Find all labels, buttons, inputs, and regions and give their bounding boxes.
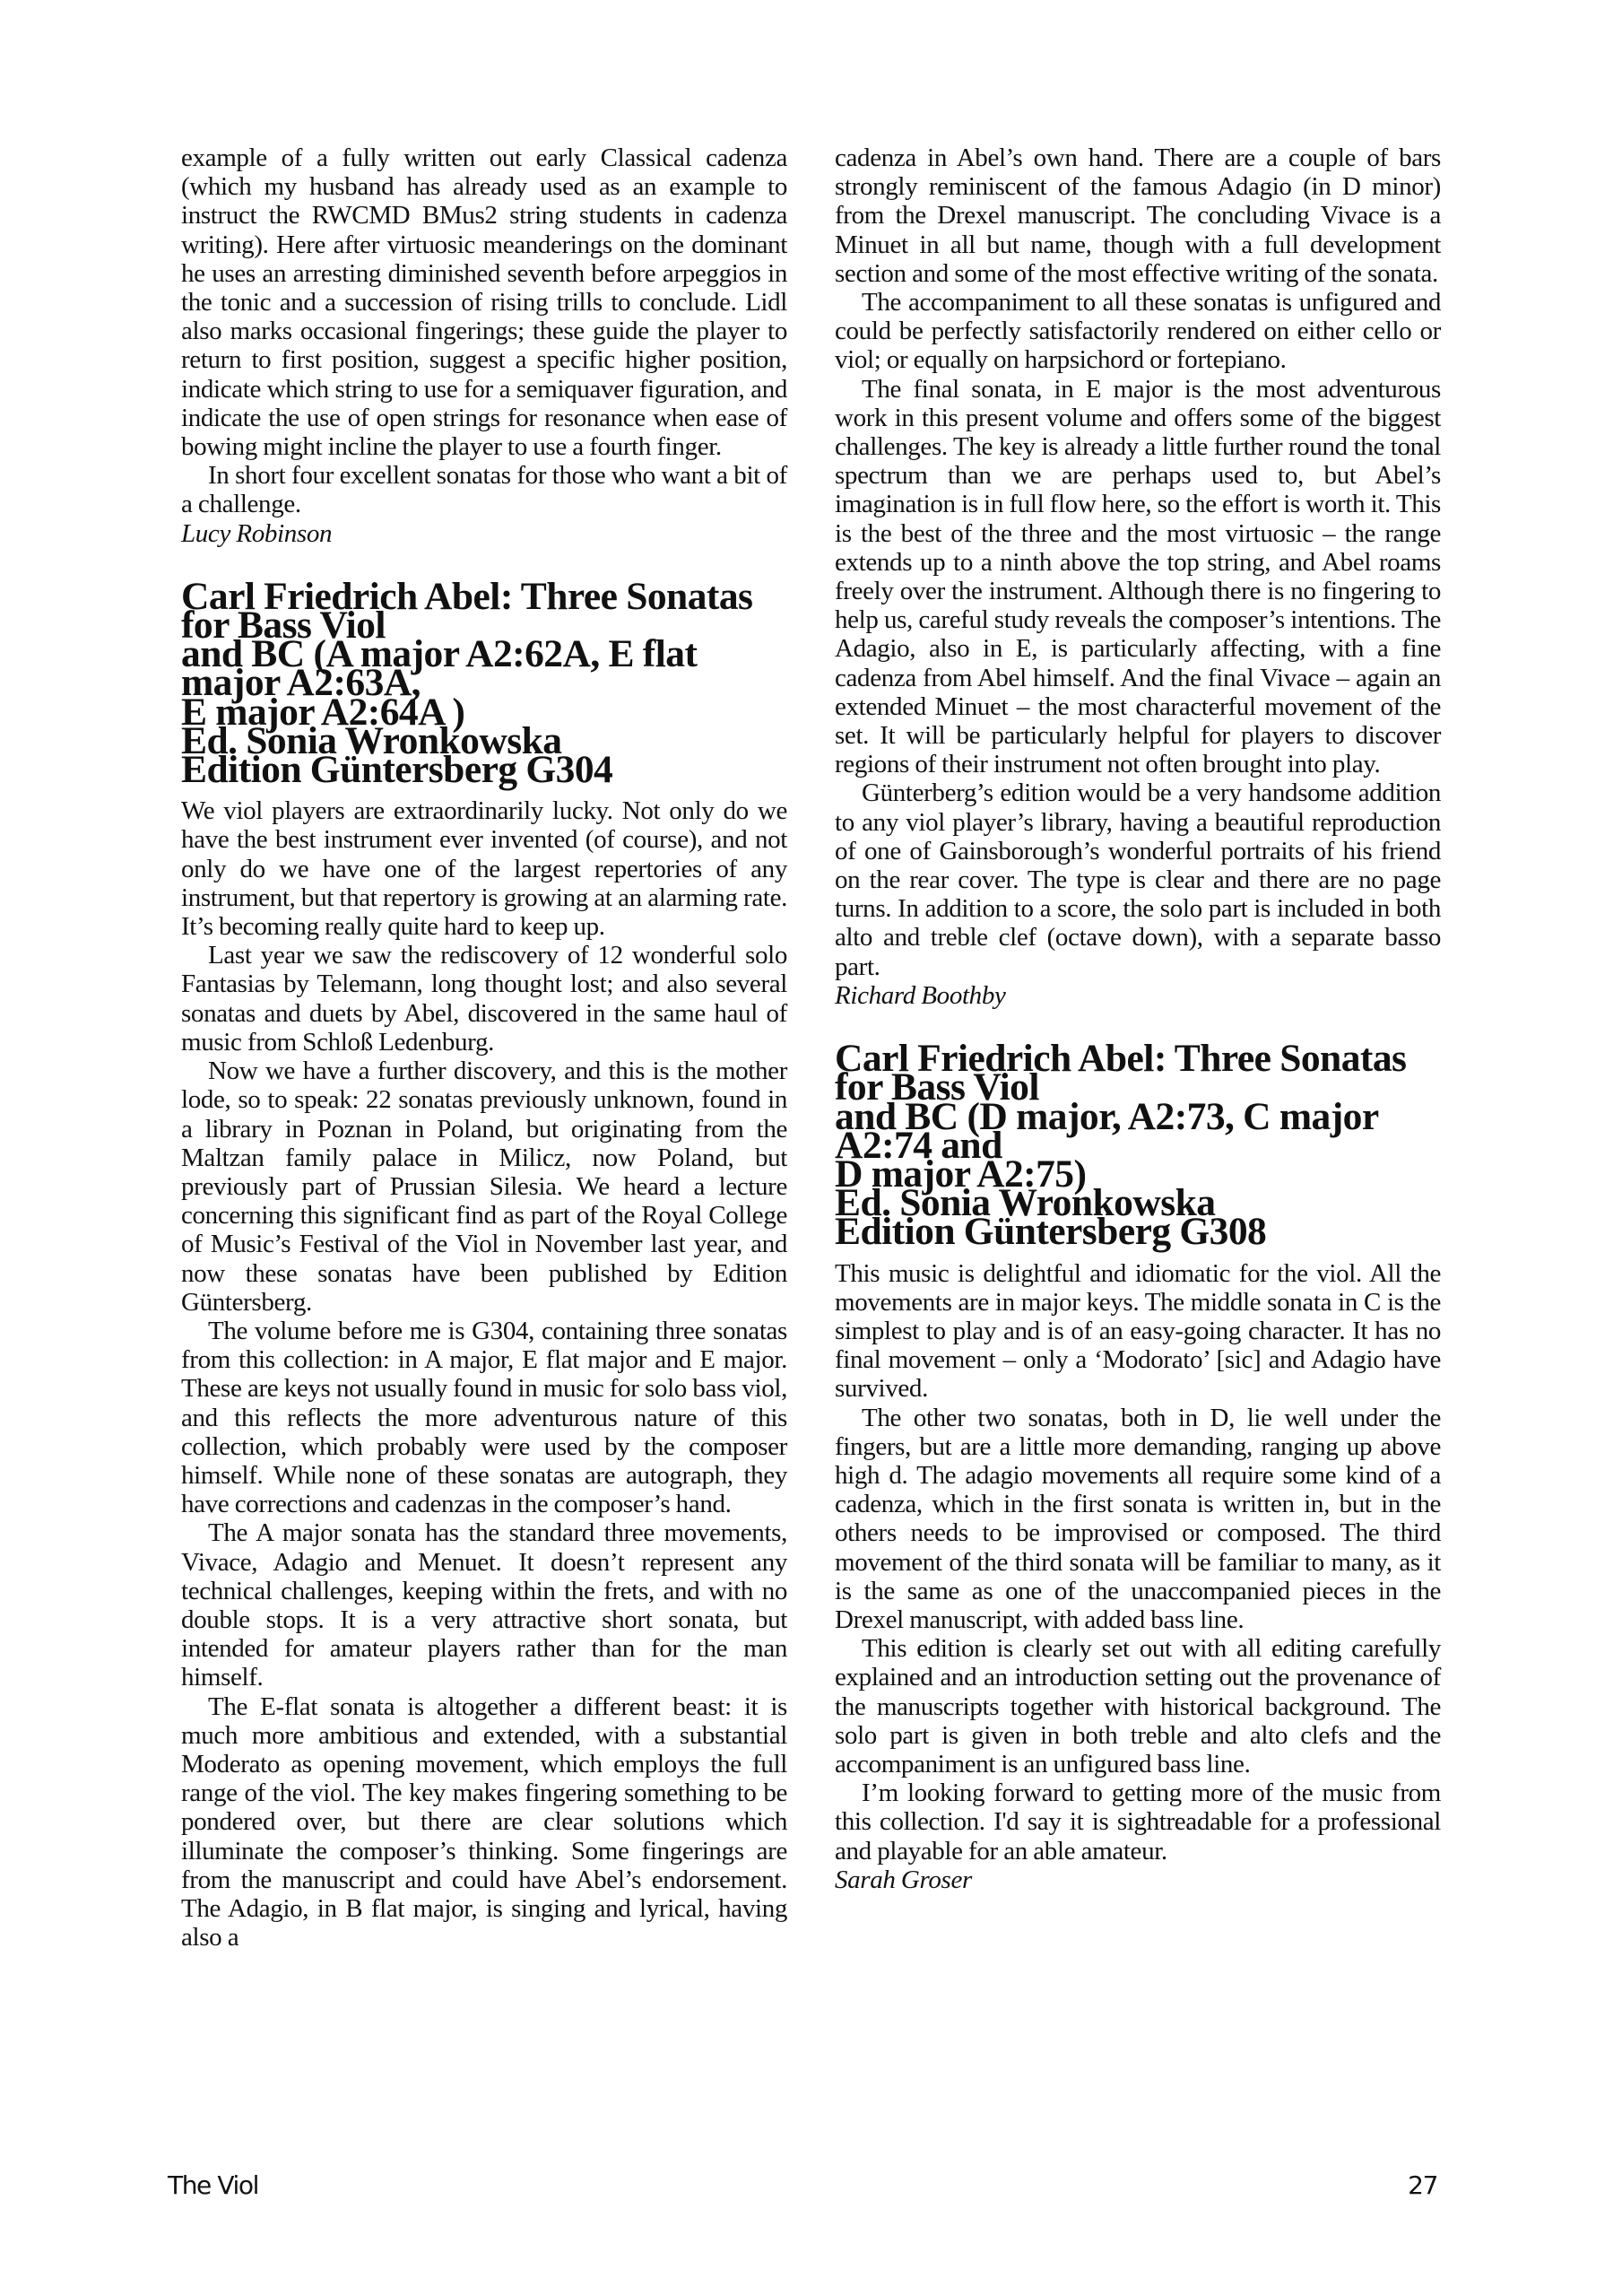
publisher-line: Edition Güntersberg G308 (835, 1210, 1266, 1253)
review-g308: Carl Friedrich Abel: Three Sonatas for B… (835, 1044, 1441, 1894)
review-heading: Carl Friedrich Abel: Three Sonatas for B… (181, 582, 787, 784)
reviewer-signature: Lucy Robinson (181, 519, 787, 548)
paragraph: The E-flat sonata is altogether a differ… (181, 1692, 787, 1952)
paragraph: The A major sonata has the standard thre… (181, 1518, 787, 1692)
paragraph: The other two sonatas, both in D, lie we… (835, 1404, 1441, 1635)
journal-name: The Viol (168, 2170, 258, 2200)
paragraph: This music is delightful and idiomatic f… (835, 1259, 1441, 1404)
publisher-line: Edition Güntersberg G304 (181, 748, 612, 791)
paragraph: Last year we saw the rediscovery of 12 w… (181, 941, 787, 1057)
review-g304-continued: cadenza in Abel’s own hand. There are a … (835, 143, 1441, 1010)
paragraph: We viol players are extraordinarily luck… (181, 796, 787, 941)
paragraph: I’m looking forward to getting more of t… (835, 1779, 1441, 1865)
paragraph: The accompaniment to all these sonatas i… (835, 288, 1441, 375)
review-heading: Carl Friedrich Abel: Three Sonatas for B… (835, 1044, 1441, 1246)
page-footer: The Viol 27 (168, 2170, 1437, 2206)
paragraph: example of a fully written out early Cla… (181, 143, 787, 461)
right-column: cadenza in Abel’s own hand. There are a … (835, 143, 1441, 1894)
paragraph: The final sonata, in E major is the most… (835, 375, 1441, 779)
paragraph: The volume before me is G304, containing… (181, 1317, 787, 1518)
review-continued-lidl: example of a fully written out early Cla… (181, 143, 787, 548)
paragraph: In short four excellent sonatas for thos… (181, 461, 787, 518)
left-column: example of a fully written out early Cla… (181, 143, 787, 1952)
paragraph: cadenza in Abel’s own hand. There are a … (835, 143, 1441, 288)
review-g304: Carl Friedrich Abel: Three Sonatas for B… (181, 582, 787, 1952)
paragraph: Now we have a further discovery, and thi… (181, 1057, 787, 1317)
reviewer-signature: Richard Boothby (835, 981, 1441, 1010)
paragraph: This edition is clearly set out with all… (835, 1634, 1441, 1779)
reviewer-signature: Sarah Groser (835, 1865, 1441, 1894)
magazine-page: example of a fully written out early Cla… (0, 0, 1622, 2296)
page-number: 27 (1408, 2170, 1437, 2200)
paragraph: Günterberg’s edition would be a very han… (835, 778, 1441, 980)
